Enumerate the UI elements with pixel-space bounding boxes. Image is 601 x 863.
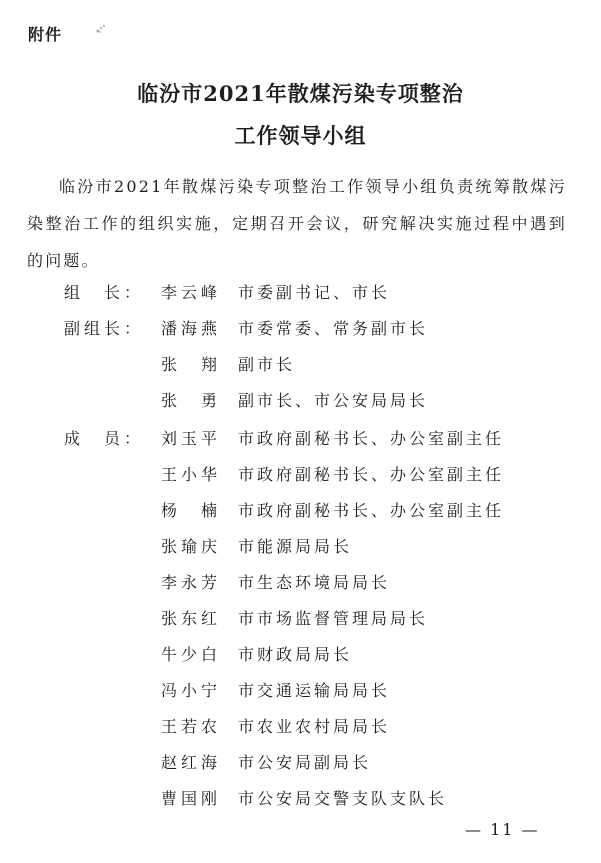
roster-position: 市公安局交警支队支队长 — [238, 786, 447, 809]
roster-role: 副组长： — [64, 316, 144, 339]
roster-name: 王若农 — [161, 714, 221, 737]
roster-name: 潘海燕 — [161, 316, 221, 339]
roster-name: 李云峰 — [161, 280, 221, 303]
scan-smudge-icon — [94, 22, 108, 36]
roster-position: 副市长 — [238, 352, 295, 375]
roster-name: 刘玉平 — [161, 426, 221, 449]
roster-position: 市能源局局长 — [238, 534, 352, 557]
roster-position: 副市长、市公安局局长 — [238, 388, 428, 411]
document-title-line-2: 工作领导小组 — [0, 120, 601, 150]
roster-name: 张 翔 — [161, 352, 221, 375]
roster-name: 冯小宁 — [161, 678, 221, 701]
document-title-line-1: 临汾市2021年散煤污染专项整治 — [0, 78, 601, 108]
roster-name: 王小华 — [161, 462, 221, 485]
roster-name: 张东红 — [161, 606, 221, 629]
roster-name: 张瑜庆 — [161, 534, 221, 557]
roster-position: 市农业农村局局长 — [238, 714, 390, 737]
page-number: — 11 — — [465, 820, 540, 839]
roster-position: 市交通运输局局长 — [238, 678, 390, 701]
roster-position: 市生态环境局局长 — [238, 570, 390, 593]
roster-name: 张 勇 — [161, 388, 221, 411]
roster-position: 市政府副秘书长、办公室副主任 — [238, 462, 504, 485]
roster-name: 赵红海 — [161, 750, 221, 773]
roster-position: 市市场监督管理局局长 — [238, 606, 428, 629]
intro-paragraph: 临汾市2021年散煤污染专项整治工作领导小组负责统筹散煤污染整治工作的组织实施，… — [27, 168, 567, 279]
roster-position: 市政府副秘书长、办公室副主任 — [238, 426, 504, 449]
roster-role: 成 员： — [64, 426, 144, 449]
roster-name: 杨 楠 — [161, 498, 221, 521]
roster-role: 组 长： — [64, 280, 144, 303]
roster-position: 市公安局副局长 — [238, 750, 371, 773]
attachment-label: 附件 — [28, 22, 62, 45]
roster-position: 市政府副秘书长、办公室副主任 — [238, 498, 504, 521]
roster-position: 市委常委、常务副市长 — [238, 316, 428, 339]
roster-name: 牛少白 — [161, 642, 221, 665]
roster-position: 市委副书记、市长 — [238, 280, 390, 303]
roster-name: 李永芳 — [161, 570, 221, 593]
roster-name: 曹国刚 — [161, 786, 221, 809]
roster-position: 市财政局局长 — [238, 642, 352, 665]
